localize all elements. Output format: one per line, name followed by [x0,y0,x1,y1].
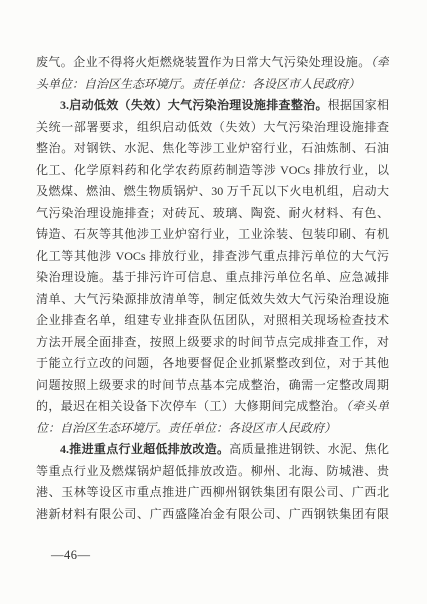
body-text: 废气。企业不得将火炬燃烧装置作为日常大气污染处理设施。 [36,55,371,69]
section-heading-text: 3.启动低效（失效）大气污染治理设施排查整治。 [60,98,328,112]
text-line: 港新材料有限公司、广西盛隆冶金有限公司、广西钢铁集团有限 [36,504,389,526]
body-text: 问题按照上级要求的时间节点基本完成整治，确需一定整改周期 [36,378,389,392]
text-line: 企业排查名单，组建专业排查队伍团队，对照相关现场检查技术 [36,310,389,332]
text-line: 铸造、石灰等其他涉工业炉窑行业，工业涂装、包装印刷、有机 [36,224,389,246]
text-line: 气污染治理设施排查；对砖瓦、玻璃、陶瓷、耐火材料、有色、 [36,203,389,225]
body-text: 清单、大气污染源排放清单等，制定低效失效大气污染治理设施 [36,292,389,306]
text-line: 清单、大气污染源排放清单等，制定低效失效大气污染治理设施 [36,289,389,311]
body-text: 等重点行业及燃煤锅炉超低排放改造。柳州、北海、防城港、贵 [36,464,389,478]
body-text: 的，最迟在相关设备下次停车（工）大修期间完成整治。 [36,399,346,413]
body-text: 根据国家相 [328,98,389,112]
document-page: 废气。企业不得将火炬燃烧装置作为日常大气污染处理设施。（牵头单位：自治区生态环境… [0,0,427,604]
body-text: 于能立行立改的问题，各地要督促企业抓紧整改到位，对于其他 [36,356,389,370]
body-text: 整治。对钢铁、水泥、焦化等涉工业炉窑行业，石油炼制、石油 [36,141,389,155]
body-text: 关统一部署要求，组织启动低效（失效）大气污染治理设施排查 [36,120,389,134]
text-line: 废气。企业不得将火炬燃烧装置作为日常大气污染处理设施。（牵 [36,52,389,74]
text-line: 位：自治区生态环境厅。责任单位：各设区市人民政府） [36,418,389,440]
body-text: 及燃煤、燃油、燃生物质锅炉、30 万千瓦以下火电机组，启动大 [36,184,389,198]
text-line: 的，最迟在相关设备下次停车（工）大修期间完成整治。（牵头单 [36,396,389,418]
body-text: 高质量推进钢铁、水泥、焦化 [229,442,389,456]
text-line: 整治。对钢铁、水泥、焦化等涉工业炉窑行业，石油炼制、石油 [36,138,389,160]
body-text: 港、玉林等设区市重点推进广西柳州钢铁集团有限公司、广西北 [36,485,389,499]
text-line: 化工、化学原料药和化学农药原药制造等涉 VOCs 排放行业，以 [36,160,389,182]
text-line: 3.启动低效（失效）大气污染治理设施排查整治。根据国家相 [36,95,389,117]
responsibility-note-text: （牵 [371,55,389,69]
text-line: 方法开展全面排查，按照上级要求的时间节点完成排查工作，对 [36,332,389,354]
responsibility-note-text: （牵头单 [346,399,389,413]
body-text: 企业排查名单，组建专业排查队伍团队，对照相关现场检查技术 [36,313,389,327]
body-text: 气污染治理设施排查；对砖瓦、玻璃、陶瓷、耐火材料、有色、 [36,206,389,220]
page-number: —46— [51,545,91,566]
document-body: 废气。企业不得将火炬燃烧装置作为日常大气污染处理设施。（牵头单位：自治区生态环境… [36,52,389,525]
body-text: 化工等其他涉 VOCs 排放行业，排查涉气重点排污单位的大气污 [36,249,389,263]
text-line: 染治理设施。基于排污许可信息、重点排污单位名单、应急减排 [36,267,389,289]
text-line: 等重点行业及燃煤锅炉超低排放改造。柳州、北海、防城港、贵 [36,461,389,483]
section-heading-text: 4.推进重点行业超低排放改造。 [60,442,229,456]
text-line: 及燃煤、燃油、燃生物质锅炉、30 万千瓦以下火电机组，启动大 [36,181,389,203]
body-text: 港新材料有限公司、广西盛隆冶金有限公司、广西钢铁集团有限 [36,507,389,521]
body-text: 化工、化学原料药和化学农药原药制造等涉 VOCs 排放行业，以 [36,163,389,177]
text-line: 港、玉林等设区市重点推进广西柳州钢铁集团有限公司、广西北 [36,482,389,504]
body-text: 铸造、石灰等其他涉工业炉窑行业，工业涂装、包装印刷、有机 [36,227,389,241]
text-line: 于能立行立改的问题，各地要督促企业抓紧整改到位，对于其他 [36,353,389,375]
responsibility-note-text: 位：自治区生态环境厅。责任单位：各设区市人民政府） [36,421,336,435]
text-line: 化工等其他涉 VOCs 排放行业，排查涉气重点排污单位的大气污 [36,246,389,268]
text-line: 问题按照上级要求的时间节点基本完成整治，确需一定整改周期 [36,375,389,397]
text-line: 关统一部署要求，组织启动低效（失效）大气污染治理设施排查 [36,117,389,139]
text-line: 头单位：自治区生态环境厅。责任单位：各设区市人民政府） [36,74,389,96]
text-line: 4.推进重点行业超低排放改造。高质量推进钢铁、水泥、焦化 [36,439,389,461]
body-text: 染治理设施。基于排污许可信息、重点排污单位名单、应急减排 [36,270,389,284]
responsibility-note-text: 头单位：自治区生态环境厅。责任单位：各设区市人民政府） [36,77,360,91]
body-text: 方法开展全面排查，按照上级要求的时间节点完成排查工作，对 [36,335,389,349]
